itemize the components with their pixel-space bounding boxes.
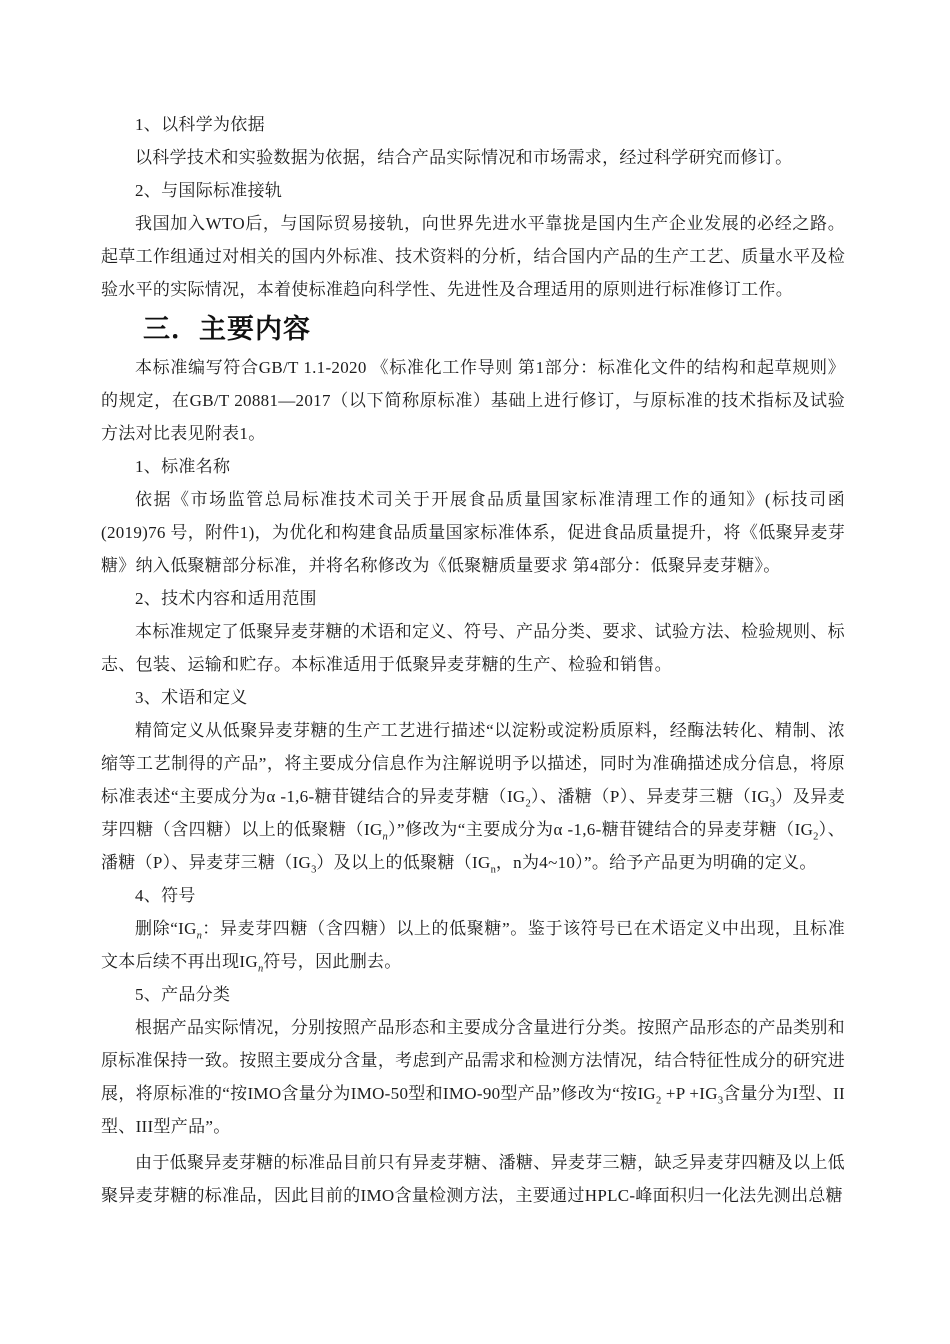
item-heading: 4、符号 <box>101 879 845 912</box>
paragraph: 精简定义从低聚异麦芽糖的生产工艺进行描述“以淀粉或淀粉质原料，经酶法转化、精制、… <box>101 714 845 879</box>
subscript-text: 3 <box>718 1095 723 1106</box>
paragraph: 以科学技术和实验数据为依据，结合产品实际情况和市场需求，经过科学研究而修订。 <box>101 141 845 174</box>
item-heading: 2、与国际标准接轨 <box>101 174 845 207</box>
subscript-text: 2 <box>813 831 818 842</box>
subscript-text: n <box>383 831 388 842</box>
paragraph: 本标准编写符合GB/T 1.1-2020 《标准化工作导则 第1部分：标准化文件… <box>101 351 845 450</box>
item-heading: 5、产品分类 <box>101 978 845 1011</box>
item-heading: 1、标准名称 <box>101 450 845 483</box>
paragraph: 本标准规定了低聚异麦芽糖的术语和定义、符号、产品分类、要求、试验方法、检验规则、… <box>101 615 845 681</box>
subscript-text: n <box>258 963 263 974</box>
subscript-text: 2 <box>526 798 531 809</box>
subscript-text: n <box>197 930 202 941</box>
item-heading: 2、技术内容和适用范围 <box>101 582 845 615</box>
item-heading: 1、以科学为依据 <box>101 108 845 141</box>
paragraph: 我国加入WTO后，与国际贸易接轨，向世界先进水平靠拢是国内生产企业发展的必经之路… <box>101 207 845 306</box>
paragraph: 删除“IGn：异麦芽四糖（含四糖）以上的低聚糖”。鉴于该符号已在术语定义中出现，… <box>101 912 845 978</box>
subscript-text: n <box>491 864 496 875</box>
subscript-text: 3 <box>311 864 316 875</box>
section-heading: 三．主要内容 <box>101 309 845 349</box>
paragraph: 依据《市场监管总局标准技术司关于开展食品质量国家标准清理工作的通知》(标技司函(… <box>101 483 845 582</box>
item-heading: 3、术语和定义 <box>101 681 845 714</box>
document-body: 1、以科学为依据以科学技术和实验数据为依据，结合产品实际情况和市场需求，经过科学… <box>101 108 845 1212</box>
document-page: 1、以科学为依据以科学技术和实验数据为依据，结合产品实际情况和市场需求，经过科学… <box>0 0 950 1344</box>
subscript-text: 3 <box>770 798 775 809</box>
subscript-text: 2 <box>656 1095 661 1106</box>
paragraph: 由于低聚异麦芽糖的标准品目前只有异麦芽糖、潘糖、异麦芽三糖，缺乏异麦芽四糖及以上… <box>101 1146 845 1212</box>
paragraph: 根据产品实际情况，分别按照产品形态和主要成分含量进行分类。按照产品形态的产品类别… <box>101 1011 845 1143</box>
